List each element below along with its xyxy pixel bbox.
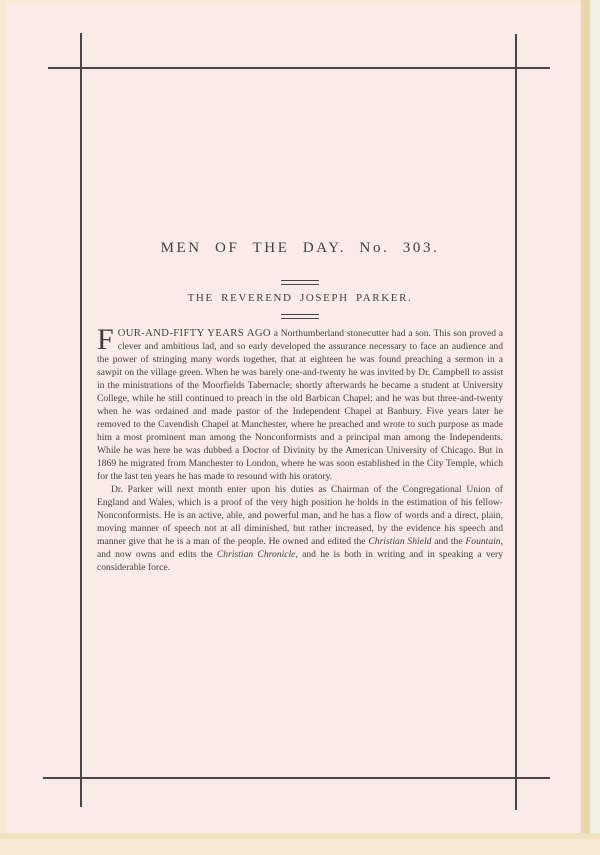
title-divider-top [281,280,319,285]
divider-line [281,280,319,281]
paragraph: Dr. Parker will next month enter upon hi… [97,483,503,574]
frame-rule-right [515,34,517,810]
page-title: MEN OF THE DAY. No. 303. [60,240,540,257]
page-edge-top [0,0,600,4]
frame-rule-bottom [43,777,550,779]
lead-caps: OUR-AND-FIFTY YEARS AGO [118,328,271,339]
divider-line [281,314,319,315]
divider-line [281,284,319,285]
page-edge-left [0,0,6,855]
article-subtitle: THE REVEREND JOSEPH PARKER. [60,292,540,304]
page-edge-right [581,0,590,855]
scanned-page: MEN OF THE DAY. No. 303. THE REVEREND JO… [0,0,600,855]
frame-rule-top [48,67,550,69]
drop-cap: F [97,327,118,352]
scan-background-right [590,0,600,855]
title-divider-bottom [281,314,319,319]
article: FOUR-AND-FIFTY YEARS AGO a Northumberlan… [97,327,503,574]
text-segment: Christian Chronicle [217,549,296,560]
divider-line [281,318,319,319]
page-edge-bottom [0,839,600,855]
frame-rule-left [80,33,82,807]
text-segment: a Northumberland stonecutter had a son. … [97,328,503,482]
text-segment: Christian Shield [368,536,431,547]
paragraph: FOUR-AND-FIFTY YEARS AGO a Northumberlan… [97,327,503,483]
text-segment: Fountain [465,536,500,547]
text-segment: and the [431,536,465,547]
